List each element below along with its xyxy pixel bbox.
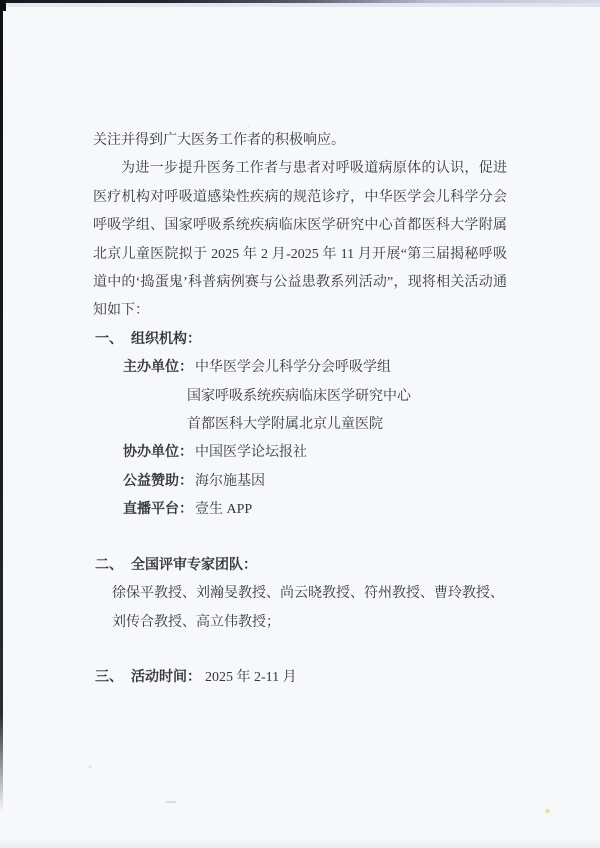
section-2-heading: 二、全国评审专家团队： [93, 552, 507, 580]
section-2-number: 二、 [95, 552, 123, 580]
scan-edge-top-light [0, 3, 600, 7]
org-item-live-platform: 直播平台：壹生 APP [93, 496, 507, 524]
section-3-heading: 三、活动时间：2025 年 2-11 月 [93, 664, 507, 692]
section-3-number: 三、 [95, 664, 123, 692]
org-label-sponsor: 公益赞助： [123, 468, 193, 496]
org-line: 直播平台：壹生 APP [93, 496, 507, 524]
org-line: 公益赞助：海尔施基因 [93, 468, 507, 496]
scan-speck [88, 765, 92, 768]
org-line: 协办单位：中国医学论坛报社 [93, 439, 507, 467]
org-label-live-platform: 直播平台： [123, 496, 193, 524]
scan-speck [545, 809, 550, 813]
org-line: 主办单位：中华医学会儿科学分会呼吸学组 [93, 354, 507, 382]
paragraph-continuation: 关注并得到广大医务工作者的积极响应。 [93, 127, 507, 155]
section-3-value: 2025 年 2-11 月 [205, 670, 297, 685]
expert-list-line: 徐保平教授、刘瀚旻教授、尚云晓教授、符州教授、曹玲教授、 [93, 580, 507, 608]
scan-edge-left [0, 0, 3, 812]
section-3-title: 活动时间： [131, 670, 201, 685]
paragraph-intro: 为进一步提升医务工作者与患者对呼吸道病原体的认识，促进医疗机构对呼吸道感染性疾病… [93, 155, 507, 325]
section-1-heading: 一、组织机构： [93, 326, 507, 354]
org-value: 国家呼吸系统疾病临床医学研究中心 [187, 383, 507, 411]
scan-edge-bottom [0, 838, 600, 848]
org-label-coorganizer: 协办单位： [123, 439, 193, 467]
section-1-number: 一、 [95, 326, 123, 354]
org-value: 海尔施基因 [195, 474, 265, 489]
org-label-host: 主办单位： [123, 354, 193, 382]
org-item-coorganizer: 协办单位：中国医学论坛报社 [93, 439, 507, 467]
org-value: 壹生 APP [195, 502, 252, 517]
section-1-title: 组织机构： [131, 332, 201, 347]
notice-document: 关注并得到广大医务工作者的积极响应。 为进一步提升医务工作者与患者对呼吸道病原体… [93, 127, 507, 692]
scan-corner-blob [0, 0, 6, 11]
org-value: 中国医学论坛报社 [195, 445, 307, 460]
scan-speck [165, 801, 177, 803]
org-item-sponsor: 公益赞助：海尔施基因 [93, 468, 507, 496]
org-value: 首都医科大学附属北京儿童医院 [187, 411, 507, 439]
org-value: 中华医学会儿科学分会呼吸学组 [195, 360, 391, 375]
org-item-host: 主办单位：中华医学会儿科学分会呼吸学组 国家呼吸系统疾病临床医学研究中心 首都医… [93, 354, 507, 439]
section-2-title: 全国评审专家团队： [131, 558, 257, 573]
expert-list-line: 刘传合教授、高立伟教授； [93, 609, 507, 637]
